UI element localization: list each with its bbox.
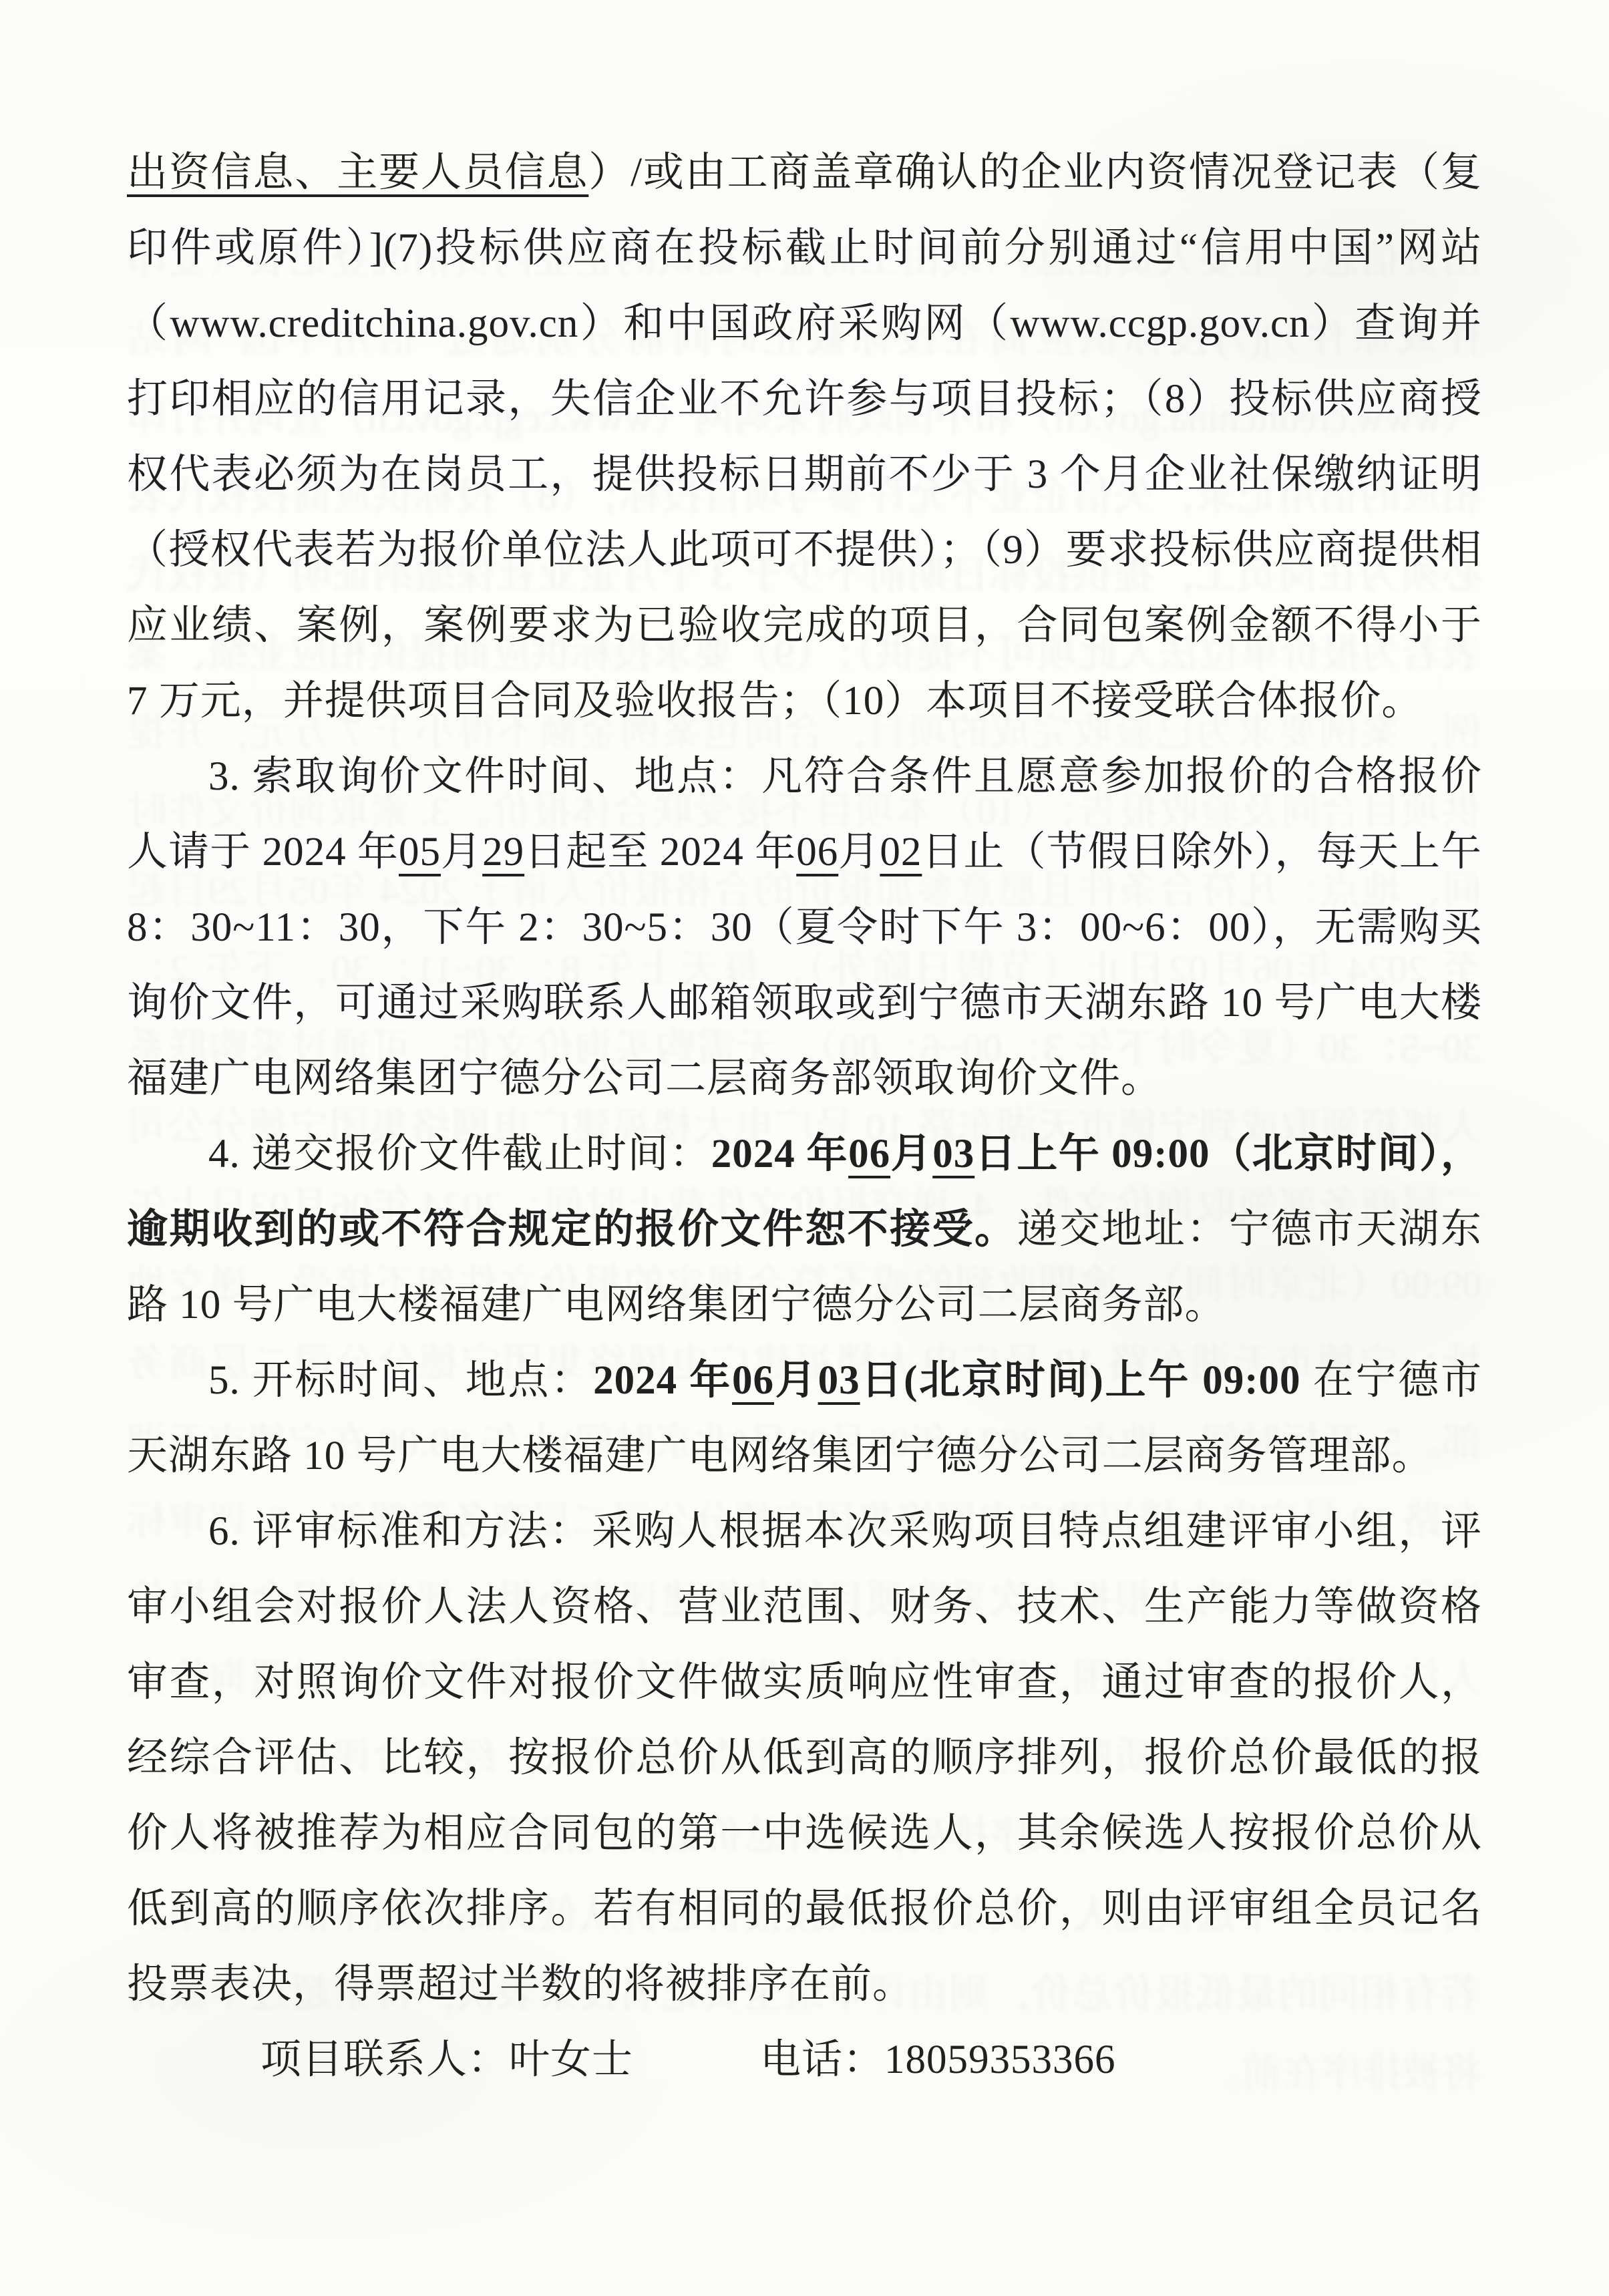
paragraph-item-5: 5. 开标时间、地点：2024 年06月03日(北京时间)上午 09:00 在宁… <box>127 1343 1482 1494</box>
document-body: 出资信息、主要人员信息）/或由工商盖章确认的企业内资情况登记表（复印件或原件）]… <box>0 0 1609 2098</box>
text-segment: 29 <box>482 830 524 874</box>
text-segment: 月 <box>890 1132 932 1176</box>
paragraph-item-4: 4. 递交报价文件截止时间：2024 年06月03日上午 09:00（北京时间）… <box>127 1116 1482 1343</box>
phone-label: 电话： <box>760 2037 884 2082</box>
text-segment: 05 <box>399 830 441 874</box>
text-segment: 06 <box>848 1132 890 1176</box>
text-segment: 02 <box>880 830 922 874</box>
contact-label: 项目联系人： <box>260 2037 509 2082</box>
text-segment: 出资信息、主要人员信息 <box>127 150 588 195</box>
text-segment: 03 <box>818 1358 860 1403</box>
text-segment: 日(北京时间)上午 09:00 <box>860 1358 1313 1403</box>
text-segment: 2024 年 <box>593 1358 732 1403</box>
contact-name: 叶女士 <box>509 2037 633 2082</box>
text-segment: 月 <box>774 1358 818 1403</box>
phone-number: 18059353366 <box>884 2037 1116 2082</box>
text-segment: ）/或由工商盖章确认的企业内资情况登记表（复印件或原件）](7)投标供应商在投标… <box>127 150 1482 723</box>
text-segment: 月 <box>838 830 880 874</box>
text-segment: 4. 递交报价文件截止时间： <box>208 1132 711 1176</box>
scanned-document-page: 出资信息、主要人员信息）/或由工商盖章确认的企业内资情况登记表（复印件或原件）]… <box>0 0 1609 2296</box>
text-segment: 06 <box>732 1358 774 1403</box>
contact-line: 项目联系人：叶女士电话：18059353366 <box>127 2022 1482 2098</box>
paragraph-item-3: 3. 索取询价文件时间、地点：凡符合条件且愿意参加报价的合格报价人请于 2024… <box>127 739 1482 1116</box>
text-segment: 2024 年 <box>711 1132 848 1176</box>
paragraph-item-6: 6. 评审标准和方法：采购人根据本次采购项目特点组建评审小组，评审小组会对报价人… <box>127 1494 1482 2022</box>
paragraph-continuation: 出资信息、主要人员信息）/或由工商盖章确认的企业内资情况登记表（复印件或原件）]… <box>127 135 1482 739</box>
text-segment: 06 <box>796 830 838 874</box>
text-segment: 5. 开标时间、地点： <box>208 1358 593 1403</box>
text-segment: 月 <box>441 830 482 874</box>
text-segment: 03 <box>932 1132 974 1176</box>
text-segment: 6. 评审标准和方法：采购人根据本次采购项目特点组建评审小组，评审小组会对报价人… <box>127 1509 1482 2007</box>
text-segment: 日起至 2024 年 <box>524 830 796 874</box>
